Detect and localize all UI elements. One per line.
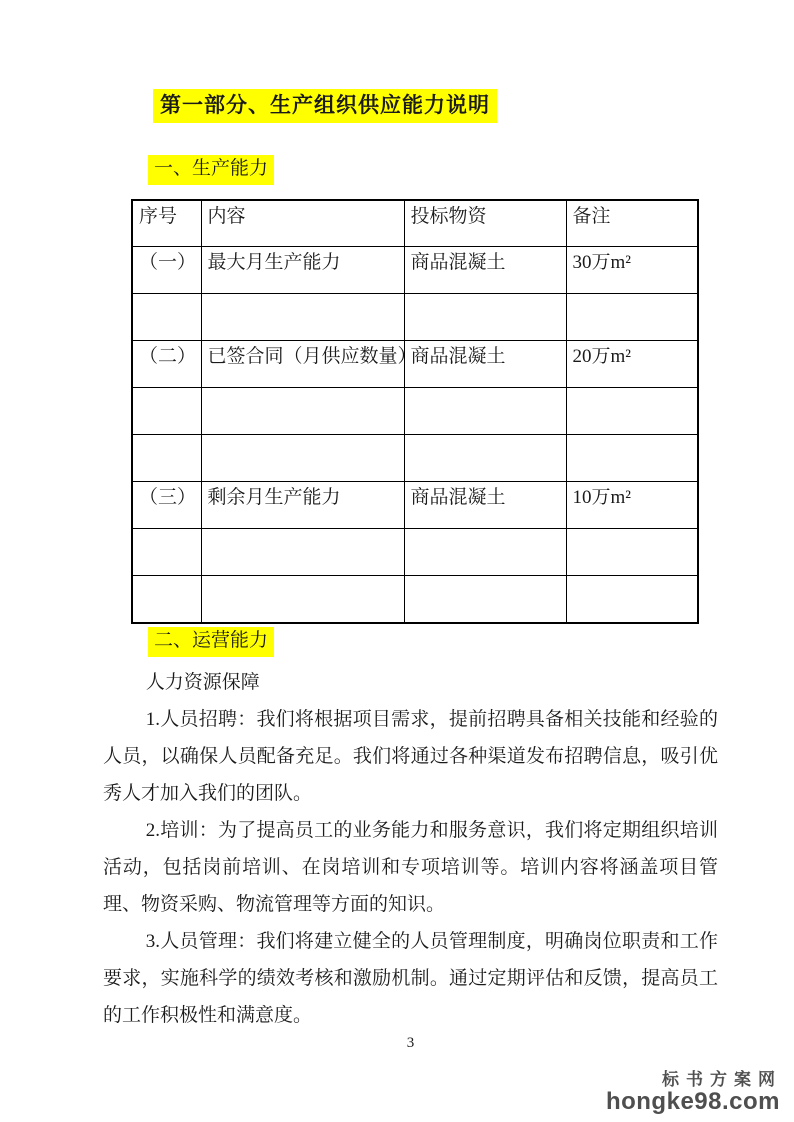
- table-cell: [132, 529, 201, 576]
- table-cell: （三）: [132, 482, 201, 529]
- table-cell: [132, 435, 201, 482]
- table-cell: [201, 435, 404, 482]
- table-cell: [566, 576, 698, 623]
- table-cell: [404, 529, 566, 576]
- table-cell: [404, 294, 566, 341]
- table-cell: [404, 576, 566, 623]
- watermark-site-url: hongke98.com: [606, 1089, 780, 1114]
- table-row: [132, 529, 698, 576]
- table-cell: 剩余月生产能力: [201, 482, 404, 529]
- table-cell: [132, 294, 201, 341]
- paragraph-management: 3.人员管理：我们将建立健全的人员管理制度，明确岗位职责和工作要求，实施科学的绩…: [103, 923, 718, 1034]
- section2-heading-row: 二、运营能力: [103, 627, 718, 657]
- table-cell: 30万m²: [566, 247, 698, 294]
- table-cell: [566, 388, 698, 435]
- table-cell: 10万m²: [566, 482, 698, 529]
- document-page: 第一部分、生产组织供应能力说明 一、生产能力 序号 内容 投标物资 备注 （一）…: [0, 0, 794, 1122]
- table-cell: [201, 388, 404, 435]
- table-row: [132, 294, 698, 341]
- subsection-title: 人力资源保障: [103, 664, 718, 701]
- table-cell: [201, 576, 404, 623]
- document-title: 第一部分、生产组织供应能力说明: [153, 89, 497, 123]
- table-row: （三） 剩余月生产能力 商品混凝土 10万m²: [132, 482, 698, 529]
- table-cell: [404, 435, 566, 482]
- table-row: [132, 388, 698, 435]
- header-cell-material: 投标物资: [404, 200, 566, 247]
- table-row: （一） 最大月生产能力 商品混凝土 30万m²: [132, 247, 698, 294]
- table-cell: [201, 529, 404, 576]
- page-content: 第一部分、生产组织供应能力说明 一、生产能力 序号 内容 投标物资 备注 （一）…: [0, 0, 794, 1052]
- page-number: 3: [103, 1035, 718, 1052]
- header-cell-content: 内容: [201, 200, 404, 247]
- table-cell: 最大月生产能力: [201, 247, 404, 294]
- table-cell: （一）: [132, 247, 201, 294]
- table-cell: [132, 388, 201, 435]
- body-text: 人力资源保障 1.人员招聘：我们将根据项目需求，提前招聘具备相关技能和经验的人员…: [103, 664, 718, 1034]
- table-cell: 已签合同（月供应数量）: [201, 341, 404, 388]
- table-cell: 商品混凝土: [404, 341, 566, 388]
- header-cell-remark: 备注: [566, 200, 698, 247]
- table-cell: 20万m²: [566, 341, 698, 388]
- section1-heading-row: 一、生产能力: [103, 155, 718, 185]
- table-cell: [132, 576, 201, 623]
- table-cell: [201, 294, 404, 341]
- table-cell: [566, 294, 698, 341]
- table-row: [132, 435, 698, 482]
- table-cell: 商品混凝土: [404, 482, 566, 529]
- table-cell: [566, 435, 698, 482]
- table-cell: [566, 529, 698, 576]
- table-row: （二） 已签合同（月供应数量） 商品混凝土 20万m²: [132, 341, 698, 388]
- table-header-row: 序号 内容 投标物资 备注: [132, 200, 698, 247]
- paragraph-recruitment: 1.人员招聘：我们将根据项目需求，提前招聘具备相关技能和经验的人员，以确保人员配…: [103, 701, 718, 812]
- section1-heading: 一、生产能力: [148, 155, 274, 185]
- table-cell: 商品混凝土: [404, 247, 566, 294]
- table-cell: （二）: [132, 341, 201, 388]
- production-capacity-table: 序号 内容 投标物资 备注 （一） 最大月生产能力 商品混凝土 30万m² （二…: [131, 199, 699, 624]
- paragraph-training: 2.培训：为了提高员工的业务能力和服务意识，我们将定期组织培训活动，包括岗前培训…: [103, 812, 718, 923]
- watermark: 标书方案网 hongke98.com: [606, 1071, 780, 1114]
- watermark-site-name: 标书方案网: [606, 1071, 782, 1089]
- section2-heading: 二、运营能力: [148, 627, 274, 657]
- header-cell-index: 序号: [132, 200, 201, 247]
- table-cell: [404, 388, 566, 435]
- title-row: 第一部分、生产组织供应能力说明: [103, 0, 718, 123]
- table-row: [132, 576, 698, 623]
